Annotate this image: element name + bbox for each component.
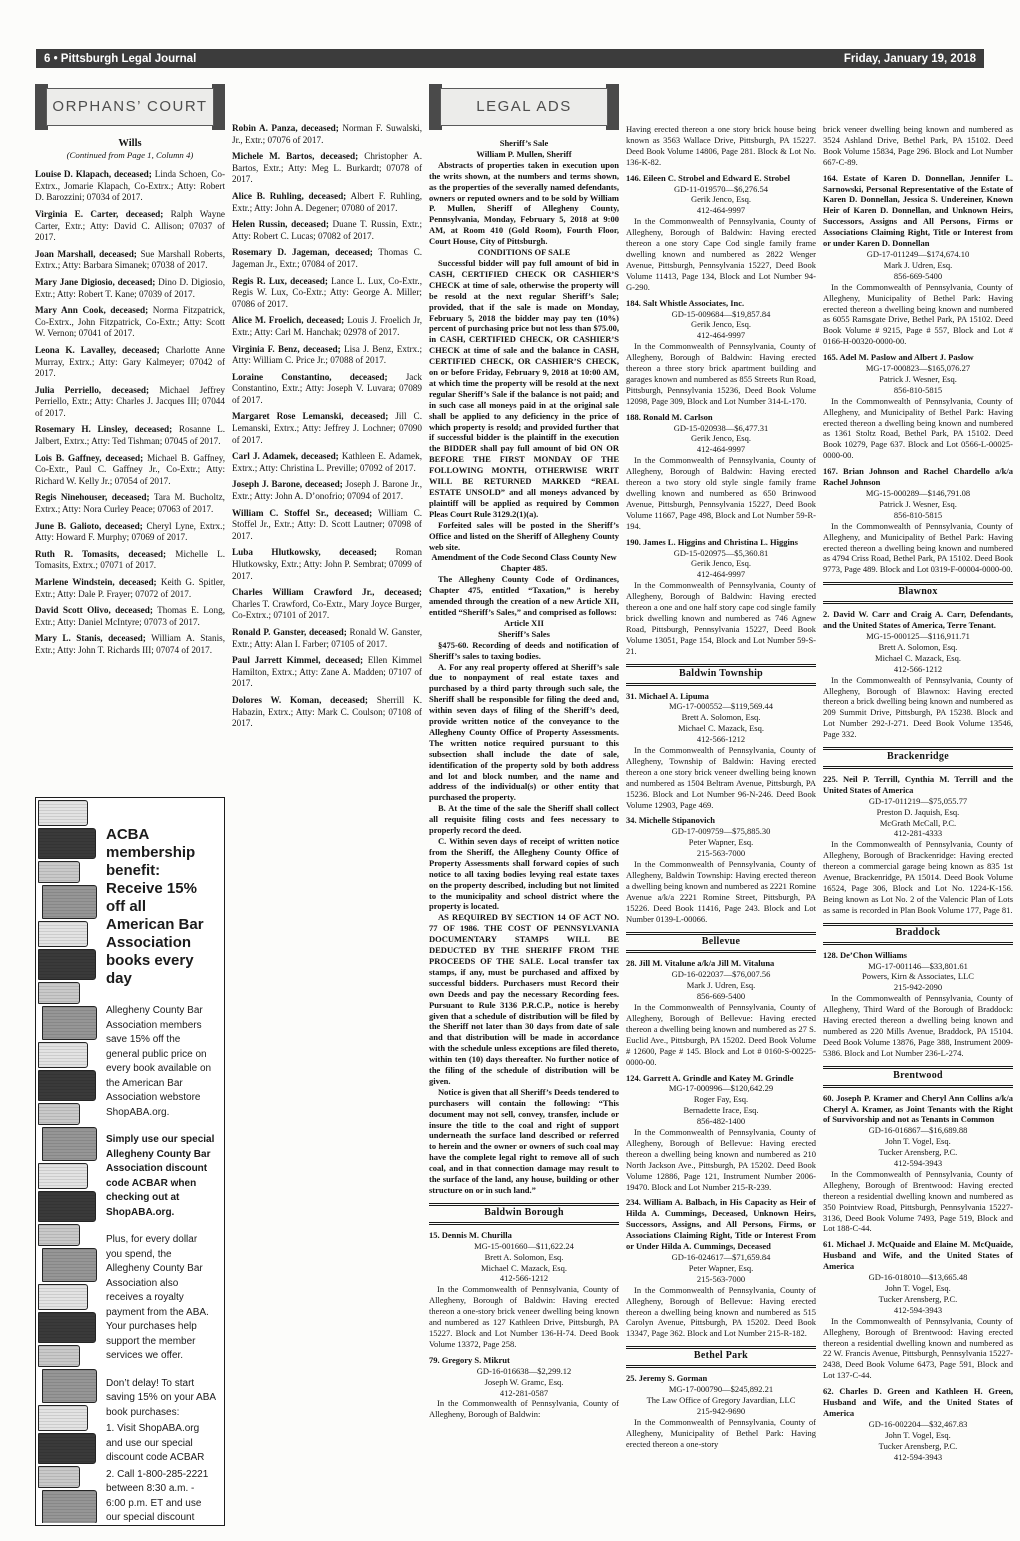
column-3: LEGAL ADS Sheriff’s Sale William P. Mull… <box>429 84 619 1420</box>
book <box>42 885 97 919</box>
book <box>38 1163 88 1189</box>
sale-item-line: MG-15-000289—$146,791.08 <box>823 488 1013 499</box>
sale-section: Bellevue 28. Jill M. Vitalune a/k/a Jill… <box>626 932 816 1340</box>
book <box>38 1466 80 1488</box>
book <box>38 1042 88 1068</box>
sale-item: 165. Adel M. Paslow and Albert J. Paslow… <box>823 352 1013 461</box>
section-title: Brackenridge <box>823 750 1013 766</box>
legal-ads-title: LEGAL ADS <box>440 88 608 126</box>
sale-item-line: 856-669-5400 <box>626 991 816 1002</box>
section-title: Baldwin Borough <box>429 1206 619 1222</box>
decedent-name: Alice B. Ruhling, deceased; <box>232 191 346 201</box>
will-entry: Louise D. Klapach, deceased; Linda Schoe… <box>35 169 225 204</box>
sale-item-line: 412-464-9997 <box>626 330 816 341</box>
sale-item-line: Roger Fay, Esq. <box>626 1094 816 1105</box>
sale-items-continued: 146. Eileen C. Strobel and Edward E. Str… <box>626 173 816 657</box>
ad-text-block: ACBA membership benefit: Receive 15% off… <box>106 812 216 1526</box>
sale-item-line: GD-16-022037—$76,007.56 <box>626 969 816 980</box>
sale-section: Blawnox 2. David W. Carr and Craig A. Ca… <box>823 582 1013 740</box>
sale-item-lines: GD-16-002204—$32,467.83John T. Vogel, Es… <box>823 1419 1013 1463</box>
sale-item-line: MG-17-000552—$119,569.44 <box>626 701 816 712</box>
sale-item-line: GD-17-011219—$75,055.77 <box>823 796 1013 807</box>
decedent-name: Joan Marshall, deceased; <box>35 249 137 259</box>
sale-item-lines: GD-16-022037—$76,007.56Mark J. Udren, Es… <box>626 969 816 1002</box>
sale-item-body: In the Commonwealth of Pennsylvania, Cou… <box>823 396 1013 461</box>
sale-item-title: 34. Michelle Stipanovich <box>626 815 816 826</box>
book <box>38 1312 96 1343</box>
will-entry: Rosemary D. Jageman, deceased; Thomas C.… <box>232 247 422 270</box>
sale-items: 128. De’Chon Williams MG-17-001146—$33,8… <box>823 950 1013 1059</box>
ad-headline: ACBA membership benefit: Receive 15% off… <box>106 826 216 988</box>
sale-item-line: 412-281-4333 <box>823 828 1013 839</box>
will-entry: Virginia E. Carter, deceased; Ralph Wayn… <box>35 209 225 244</box>
will-entry: Alice M. Froelich, deceased; Louis J. Fr… <box>232 315 422 338</box>
ad-step-1: 1. Visit ShopABA.org and use our special… <box>106 1422 216 1466</box>
sale-items: 15. Dennis M. Churilla MG-15-001660—$11,… <box>429 1230 619 1420</box>
decedent-name: Dolores W. Koman, deceased; <box>232 695 368 705</box>
notice-paragraph: §475-60. Recording of deeds and notifica… <box>429 640 619 662</box>
will-entry: Mary Ann Cook, deceased; Norma Fitzpatri… <box>35 305 225 340</box>
decedent-name: Regis R. Lux, deceased; <box>232 276 328 286</box>
sale-item-title: 79. Gregory S. Mikrut <box>429 1355 619 1366</box>
book <box>38 828 96 859</box>
sale-item-line: GD-16-016867—$16,689.88 <box>823 1125 1013 1136</box>
sale-item-line: 215-942-9690 <box>626 1406 816 1417</box>
will-entry-details: Charles T. Crawford, Co-Extr., Mary Joyc… <box>232 599 422 621</box>
will-entry: Michele M. Bartos, deceased; Christopher… <box>232 151 422 186</box>
double-rule <box>823 942 1013 945</box>
decedent-name: Julia Perriello, deceased; <box>35 385 149 395</box>
sale-item: 225. Neil P. Terrill, Cynthia M. Terrill… <box>823 774 1013 916</box>
sale-item-line: Brett A. Solomon, Esq. <box>429 1252 619 1263</box>
sale-section: Brackenridge 225. Neil P. Terrill, Cynth… <box>823 747 1013 916</box>
sale-item: 61. Michael J. McQuaide and Elaine M. Mc… <box>823 1239 1013 1381</box>
sale-item-body: In the Commonwealth of Pennsylvania, Cou… <box>626 745 816 810</box>
sale-item-line: John T. Vogel, Esq. <box>823 1136 1013 1147</box>
sale-item: 60. Joseph P. Kramer and Cheryl Ann Coll… <box>823 1093 1013 1235</box>
section-title: Baldwin Township <box>626 667 816 683</box>
sale-item-lines: GD-17-009759—$75,885.30Peter Wapner, Esq… <box>626 826 816 859</box>
decedent-name: Louise D. Klapach, deceased; <box>35 169 152 179</box>
sale-item: 28. Jill M. Vitalune a/k/a Jill M. Vital… <box>626 958 816 1067</box>
sheriff-sale-notice: Sheriff’s Sale William P. Mullen, Sherif… <box>429 138 619 1196</box>
book <box>38 982 80 1004</box>
sale-item-line: Patrick J. Wesner, Esq. <box>823 499 1013 510</box>
issue-date: Friday, January 19, 2018 <box>844 53 976 65</box>
decedent-name: Regis Ninehouser, deceased; <box>35 492 150 502</box>
ad-step-2: 2. Call 1-800-285-2221 between 8:30 a.m.… <box>106 1468 216 1527</box>
sale-item-body: In the Commonwealth of Pennsylvania, Cou… <box>626 859 816 924</box>
will-entry: Joan Marshall, deceased; Sue Marshall Ro… <box>35 249 225 272</box>
will-entry: Rosemary H. Linsley, deceased; Rosanne L… <box>35 424 225 447</box>
sale-item-title: 2. David W. Carr and Craig A. Carr, Defe… <box>823 609 1013 631</box>
sale-item-lines: GD-16-016867—$16,689.88John T. Vogel, Es… <box>823 1125 1013 1169</box>
notice-paragraph: Sheriff’s Sales <box>429 629 619 640</box>
ad-paragraph: Allegheny County Bar Association members… <box>106 1004 216 1120</box>
notice-paragraph: AS REQUIRED BY SECTION 14 OF ACT NO. 77 … <box>429 912 619 1087</box>
continued-body-text: Having erected thereon a one story brick… <box>626 124 816 168</box>
sale-item-body: In the Commonwealth of Pennsylvania, Cou… <box>823 675 1013 740</box>
sale-item-lines: GD-16-024617—$71,659.84Peter Wapner, Esq… <box>626 1252 816 1285</box>
notice-paragraph: Sheriff’s Sale <box>429 138 619 149</box>
sale-item-line: MG-17-000823—$165,076.27 <box>823 363 1013 374</box>
sale-item-body: In the Commonwealth of Pennsylvania, Cou… <box>626 455 816 531</box>
double-rule <box>626 683 816 686</box>
sale-item-body: In the Commonwealth of Pennsylvania, Cou… <box>429 1398 619 1420</box>
sale-item-lines: GD-16-018010—$13,665.48John T. Vogel, Es… <box>823 1272 1013 1316</box>
sale-item-line: Gerik Jenco, Esq. <box>626 433 816 444</box>
notice-paragraph: CONDITIONS OF SALE <box>429 247 619 258</box>
sale-item-lines: GD-16-016638—$2,299.12Joseph W. Gramc, E… <box>429 1366 619 1399</box>
notice-paragraph: Article XII <box>429 618 619 629</box>
page-number-and-title: 6 • Pittsburgh Legal Journal <box>44 53 196 65</box>
decedent-name: Alice M. Froelich, deceased; <box>232 315 344 325</box>
sale-item-title: 25. Jeremy S. Gorman <box>626 1373 816 1384</box>
book <box>38 1405 88 1431</box>
will-entry: Regis R. Lux, deceased; Lance L. Lux, Co… <box>232 276 422 311</box>
notice-paragraph: William P. Mullen, Sheriff <box>429 149 619 160</box>
sale-item-line: Michael C. Mazack, Esq. <box>626 723 816 734</box>
sale-item: 146. Eileen C. Strobel and Edward E. Str… <box>626 173 816 293</box>
double-rule <box>626 950 816 953</box>
wills-list-col2: Robin A. Panza, deceased; Norman F. Suwa… <box>232 123 422 730</box>
sale-item: 2. David W. Carr and Craig A. Carr, Defe… <box>823 609 1013 740</box>
sale-item-lines: MG-17-000996—$120,642.29Roger Fay, Esq.B… <box>626 1083 816 1127</box>
double-rule <box>823 601 1013 604</box>
double-rule <box>429 1222 619 1225</box>
sale-item-title: 15. Dennis M. Churilla <box>429 1230 619 1241</box>
book <box>38 1284 88 1310</box>
sale-item: 31. Michael A. Lipuma MG-17-000552—$119,… <box>626 691 816 811</box>
sale-sections-col3: Baldwin Borough 15. Dennis M. Churilla M… <box>429 1203 619 1420</box>
sale-item-title: 124. Garrett A. Grindle and Katey M. Gri… <box>626 1073 816 1084</box>
sale-item-line: 412-594-3943 <box>823 1305 1013 1316</box>
sale-item-lines: GD-11-019570—$6,276.54Gerik Jenco, Esq.4… <box>626 184 816 217</box>
sale-item-line: Tucker Arensberg, P.C. <box>823 1441 1013 1452</box>
newspaper-page: 6 • Pittsburgh Legal Journal Friday, Jan… <box>0 0 1020 1541</box>
notice-paragraph: The Allegheny County Code of Ordinances,… <box>429 574 619 618</box>
sale-item-line: 215-563-7000 <box>626 848 816 859</box>
sale-item: 167. Brian Johnson and Rachel Chardello … <box>823 466 1013 575</box>
notice-paragraph: Amendment of the Code Second Class Count… <box>429 552 619 574</box>
sale-item-line: GD-16-024617—$71,659.84 <box>626 1252 816 1263</box>
will-entry: Loraine Constantino, deceased; Jack Cons… <box>232 372 422 407</box>
sale-item-lines: GD-15-020938—$6,477.31Gerik Jenco, Esq.4… <box>626 423 816 456</box>
will-entry: Helen Russin, deceased; Duane T. Russin,… <box>232 219 422 242</box>
notice-paragraph: Successful bidder will pay full amount o… <box>429 258 619 520</box>
book <box>38 1070 96 1101</box>
sale-item-line: 412-566-1212 <box>626 734 816 745</box>
will-entry: Joseph J. Barone, deceased; Joseph J. Ba… <box>232 479 422 502</box>
sale-item-body: In the Commonwealth of Pennsylvania, Cou… <box>429 1284 619 1349</box>
book <box>42 1369 97 1403</box>
sale-item-line: GD-15-009684—$19,857.84 <box>626 309 816 320</box>
sale-item-title: 190. James L. Higgins and Christina L. H… <box>626 537 816 548</box>
decedent-name: Leona K. Lavalley, deceased; <box>35 345 160 355</box>
section-title: Bethel Park <box>626 1349 816 1365</box>
sale-item-line: 412-464-9997 <box>626 444 816 455</box>
sale-item-line: MG-17-001146—$33,801.61 <box>823 961 1013 972</box>
decedent-name: Rosemary D. Jageman, deceased; <box>232 247 373 257</box>
will-entry: Alice B. Ruhling, deceased; Albert F. Ru… <box>232 191 422 214</box>
section-title: Blawnox <box>823 585 1013 601</box>
book <box>38 1433 96 1464</box>
sale-item-line: 412-464-9997 <box>626 569 816 580</box>
will-entry: Carl J. Adamek, deceased; Kathleen E. Ad… <box>232 451 422 474</box>
sale-item-line: GD-11-019570—$6,276.54 <box>626 184 816 195</box>
sale-item-line: 215-563-7000 <box>626 1274 816 1285</box>
book <box>42 1490 97 1523</box>
sale-item-title: 184. Salt Whistle Associates, Inc. <box>626 298 816 309</box>
sale-item-line: 412-594-3943 <box>823 1158 1013 1169</box>
book <box>38 921 88 947</box>
double-rule <box>823 766 1013 769</box>
sale-item-title: 28. Jill M. Vitalune a/k/a Jill M. Vital… <box>626 958 816 969</box>
continued-body-text: brick veneer dwelling being known and nu… <box>823 124 1013 168</box>
notice-paragraph: C. Within seven days of receipt of writt… <box>429 836 619 912</box>
sale-item-line: Tucker Arensberg, P.C. <box>823 1147 1013 1158</box>
sale-items: 25. Jeremy S. Gorman MG-17-000790—$245,8… <box>626 1373 816 1449</box>
sale-item-lines: MG-17-000823—$165,076.27Patrick J. Wesne… <box>823 363 1013 396</box>
decedent-name: Mary L. Stanis, deceased; <box>35 633 146 643</box>
sale-item-body: In the Commonwealth of Pennsylvania, Cou… <box>823 839 1013 915</box>
sale-items: 60. Joseph P. Kramer and Cheryl Ann Coll… <box>823 1093 1013 1463</box>
book <box>38 949 96 980</box>
sale-item-title: 128. De’Chon Williams <box>823 950 1013 961</box>
notice-paragraph: Forfeited sales will be posted in the Sh… <box>429 520 619 553</box>
book <box>42 1127 97 1161</box>
sale-item-line: 412-566-1212 <box>429 1273 619 1284</box>
sale-item-line: GD-15-020938—$6,477.31 <box>626 423 816 434</box>
decedent-name: Lois B. Gaffney, deceased; <box>35 453 143 463</box>
book <box>38 861 80 883</box>
sale-item-body: In the Commonwealth of Pennsylvania, Cou… <box>626 216 816 292</box>
sale-section: Baldwin Township 31. Michael A. Lipuma M… <box>626 664 816 925</box>
book <box>42 1248 97 1282</box>
sale-item-title: 167. Brian Johnson and Rachel Chardello … <box>823 466 1013 488</box>
sale-item-lines: MG-15-001660—$11,622.24Brett A. Solomon,… <box>429 1241 619 1285</box>
decedent-name: William C. Stoffel Sr., deceased; <box>232 508 372 518</box>
sale-item-line: Gerik Jenco, Esq. <box>626 558 816 569</box>
double-rule <box>823 1085 1013 1088</box>
book <box>38 1224 80 1246</box>
decedent-name: Virginia E. Carter, deceased; <box>35 209 163 219</box>
book <box>38 1191 96 1222</box>
decedent-name: Ronald P. Ganster, deceased; <box>232 627 347 637</box>
sale-item-line: Joseph W. Gramc, Esq. <box>429 1377 619 1388</box>
sale-item-line: MG-15-000125—$116,911.71 <box>823 631 1013 642</box>
sale-item: 62. Charles D. Green and Kathleen H. Gre… <box>823 1386 1013 1462</box>
decedent-name: Carl J. Adamek, deceased; <box>232 451 339 461</box>
sale-items: 2. David W. Carr and Craig A. Carr, Defe… <box>823 609 1013 740</box>
book <box>42 1006 97 1040</box>
column-2: Robin A. Panza, deceased; Norman F. Suwa… <box>232 123 422 735</box>
acba-membership-ad: ACBA membership benefit: Receive 15% off… <box>35 797 225 1526</box>
sale-item-line: MG-17-000790—$245,892.21 <box>626 1384 816 1395</box>
sale-item-lines: MG-15-000125—$116,911.71Brett A. Solomon… <box>823 631 1013 675</box>
sale-item-body: In the Commonwealth of Pennsylvania, Cou… <box>626 1002 816 1067</box>
sale-item-line: Brett A. Solomon, Esq. <box>626 712 816 723</box>
sale-items: 31. Michael A. Lipuma MG-17-000552—$119,… <box>626 691 816 925</box>
sale-item-body: In the Commonwealth of Pennsylvania, Cou… <box>823 993 1013 1058</box>
sale-item-line: 856-482-1400 <box>626 1116 816 1127</box>
decedent-name: Margaret Rose Lemanski, deceased; <box>232 411 388 421</box>
sale-items: 28. Jill M. Vitalune a/k/a Jill M. Vital… <box>626 958 816 1339</box>
sale-item-line: Mark J. Udren, Esq. <box>823 260 1013 271</box>
will-entry: June B. Galioto, deceased; Cheryl Lyne, … <box>35 521 225 544</box>
sale-item-line: Michael C. Mazack, Esq. <box>429 1263 619 1274</box>
sale-item-lines: MG-17-000790—$245,892.21The Law Office o… <box>626 1384 816 1417</box>
will-entry: Robin A. Panza, deceased; Norman F. Suwa… <box>232 123 422 146</box>
sale-item-lines: GD-17-011219—$75,055.77Preston D. Jaquis… <box>823 796 1013 840</box>
will-entry: Mary Jane Digiosio, deceased; Dino D. Di… <box>35 277 225 300</box>
sale-item-lines: MG-17-001146—$33,801.61Powers, Kirn & As… <box>823 961 1013 994</box>
sale-item-title: 164. Estate of Karen D. Donnellan, Jenni… <box>823 173 1013 249</box>
ad-call-to-action: Don’t delay! To start saving 15% on your… <box>106 1377 216 1421</box>
decedent-name: Charles William Crawford Jr., deceased; <box>232 587 422 597</box>
sale-item-line: John T. Vogel, Esq. <box>823 1430 1013 1441</box>
sale-item-lines: GD-15-009684—$19,857.84Gerik Jenco, Esq.… <box>626 309 816 342</box>
sale-item-line: Michael C. Mazack, Esq. <box>823 653 1013 664</box>
sale-item-line: Peter Wapner, Esq. <box>626 837 816 848</box>
decedent-name: Paul Jarrett Kimmel, deceased; <box>232 655 363 665</box>
sale-item-line: 412-464-9997 <box>626 205 816 216</box>
sale-section: Baldwin Borough 15. Dennis M. Churilla M… <box>429 1203 619 1420</box>
decedent-name: Ruth R. Tomasits, deceased; <box>35 549 166 559</box>
sale-item-body: In the Commonwealth of Pennsylvania, Cou… <box>626 1285 816 1340</box>
sale-item-line: Peter Wapner, Esq. <box>626 1263 816 1274</box>
sale-item-line: GD-15-020975—$5,360.81 <box>626 548 816 559</box>
book <box>38 1345 80 1367</box>
will-entry: Julia Perriello, deceased; Michael Jeffr… <box>35 385 225 420</box>
sale-item-body: In the Commonwealth of Pennsylvania, Cou… <box>823 282 1013 347</box>
sale-item-line: Patrick J. Wesner, Esq. <box>823 374 1013 385</box>
sale-sections-col4: Baldwin Township 31. Michael A. Lipuma M… <box>626 664 816 1450</box>
sale-item-line: Gerik Jenco, Esq. <box>626 319 816 330</box>
sale-item-line: The Law Office of Gregory Javardian, LLC <box>626 1395 816 1406</box>
wills-heading: Wills <box>35 138 225 150</box>
sale-section: Bethel Park 25. Jeremy S. Gorman MG-17-0… <box>626 1346 816 1449</box>
book <box>38 1103 80 1125</box>
sale-item-line: Bernadette Irace, Esq. <box>626 1105 816 1116</box>
sale-item-title: 165. Adel M. Paslow and Albert J. Paslow <box>823 352 1013 363</box>
sale-item: 124. Garrett A. Grindle and Katey M. Gri… <box>626 1073 816 1193</box>
sale-item-body: In the Commonwealth of Pennsylvania, Cou… <box>823 1169 1013 1234</box>
will-entry: Virginia F. Benz, deceased; Lisa J. Benz… <box>232 344 422 367</box>
orphans-court-title: ORPHANS’ COURT <box>46 88 214 126</box>
sale-item: 188. Ronald M. Carlson GD-15-020938—$6,4… <box>626 412 816 532</box>
sale-item-line: Powers, Kirn & Associates, LLC <box>823 971 1013 982</box>
will-entry: Marlene Windstein, deceased; Keith G. Sp… <box>35 577 225 600</box>
sale-item-title: 31. Michael A. Lipuma <box>626 691 816 702</box>
decedent-name: Mary Jane Digiosio, deceased; <box>35 277 155 287</box>
sale-item-body: In the Commonwealth of Pennsylvania, Cou… <box>626 341 816 406</box>
sale-item: 128. De’Chon Williams MG-17-001146—$33,8… <box>823 950 1013 1059</box>
sale-item-body: In the Commonwealth of Pennsylvania, Cou… <box>626 580 816 656</box>
sale-item-line: MG-17-000996—$120,642.29 <box>626 1083 816 1094</box>
decedent-name: Virginia F. Benz, deceased; <box>232 344 341 354</box>
sale-item-line: MG-15-001660—$11,622.24 <box>429 1241 619 1252</box>
sale-item-lines: GD-15-020975—$5,360.81Gerik Jenco, Esq.4… <box>626 548 816 581</box>
will-entry: Regis Ninehouser, deceased; Tara M. Buch… <box>35 492 225 515</box>
ad-paragraph-discount-code: Simply use our special Allegheny County … <box>106 1133 216 1220</box>
sale-item-body: In the Commonwealth of Pennsylvania, Cou… <box>626 1127 816 1192</box>
decedent-name: June B. Galioto, deceased; <box>35 521 143 531</box>
legal-ads-banner: LEGAL ADS <box>429 84 619 130</box>
sale-item-title: 188. Ronald M. Carlson <box>626 412 816 423</box>
sale-item: 15. Dennis M. Churilla MG-15-001660—$11,… <box>429 1230 619 1350</box>
decedent-name: Loraine Constantino, deceased; <box>232 372 388 382</box>
notice-paragraph: A. For any real property offered at Sher… <box>429 662 619 804</box>
sale-item-line: Preston D. Jaquish, Esq. <box>823 807 1013 818</box>
double-rule <box>626 1365 816 1368</box>
sale-item-line: GD-16-002204—$32,467.83 <box>823 1419 1013 1430</box>
sale-item-body: In the Commonwealth of Pennsylvania, Cou… <box>823 521 1013 576</box>
section-title: Braddock <box>823 926 1013 942</box>
will-entry: Ronald P. Ganster, deceased; Ronald W. G… <box>232 627 422 650</box>
will-entry: Luba Hlutkowsky, deceased; Roman Hlutkow… <box>232 547 422 582</box>
sale-item-title: 225. Neil P. Terrill, Cynthia M. Terrill… <box>823 774 1013 796</box>
sale-item-line: GD-17-011249—$174,674.10 <box>823 249 1013 260</box>
will-entry: Dolores W. Koman, deceased; Sherrill K. … <box>232 695 422 730</box>
decedent-name: Robin A. Panza, deceased; <box>232 123 339 133</box>
sale-item: 190. James L. Higgins and Christina L. H… <box>626 537 816 657</box>
sale-item-title: 146. Eileen C. Strobel and Edward E. Str… <box>626 173 816 184</box>
sale-item: 34. Michelle Stipanovich GD-17-009759—$7… <box>626 815 816 924</box>
will-entry: Mary L. Stanis, deceased; William A. Sta… <box>35 633 225 656</box>
ad-paragraph-royalty: Plus, for every dollar you spend, the Al… <box>106 1233 216 1364</box>
wills-list-col1: Louise D. Klapach, deceased; Linda Schoe… <box>35 169 225 656</box>
sale-item-line: GD-16-016638—$2,299.12 <box>429 1366 619 1377</box>
sale-item-lines: MG-17-000552—$119,569.44Brett A. Solomon… <box>626 701 816 745</box>
sale-item-line: 856-810-5815 <box>823 510 1013 521</box>
sale-item-body: In the Commonwealth of Pennsylvania, Cou… <box>823 1316 1013 1381</box>
sale-item-line: 412-566-1212 <box>823 664 1013 675</box>
sale-item: 79. Gregory S. Mikrut GD-16-016638—$2,29… <box>429 1355 619 1420</box>
sale-item-lines: GD-17-011249—$174,674.10Mark J. Udren, E… <box>823 249 1013 282</box>
sale-item-line: 856-669-5400 <box>823 271 1013 282</box>
page-header-bar: 6 • Pittsburgh Legal Journal Friday, Jan… <box>36 49 984 68</box>
sale-items: 225. Neil P. Terrill, Cynthia M. Terrill… <box>823 774 1013 916</box>
sale-items-continued: 164. Estate of Karen D. Donnellan, Jenni… <box>823 173 1013 576</box>
sale-item: 184. Salt Whistle Associates, Inc. GD-15… <box>626 298 816 407</box>
sale-item-line: GD-17-009759—$75,885.30 <box>626 826 816 837</box>
sale-section: Braddock 128. De’Chon Williams MG-17-001… <box>823 923 1013 1059</box>
sale-item-line: 215-942-2090 <box>823 982 1013 993</box>
sale-item-line: GD-16-018010—$13,665.48 <box>823 1272 1013 1283</box>
decedent-name: Mary Ann Cook, deceased; <box>35 305 148 315</box>
sale-item: 234. William A. Balbach, in His Capacity… <box>626 1197 816 1339</box>
section-title: Bellevue <box>626 935 816 951</box>
will-entry: Margaret Rose Lemanski, deceased; Jill C… <box>232 411 422 446</box>
sale-item-line: Gerik Jenco, Esq. <box>626 194 816 205</box>
orphans-court-banner: ORPHANS’ COURT <box>35 84 225 130</box>
decedent-name: Joseph J. Barone, deceased; <box>232 479 343 489</box>
sale-item: 25. Jeremy S. Gorman MG-17-000790—$245,8… <box>626 1373 816 1449</box>
sale-item-title: 61. Michael J. McQuaide and Elaine M. Mc… <box>823 1239 1013 1272</box>
decedent-name: David Scott Olivo, deceased; <box>35 605 153 615</box>
book <box>38 800 88 826</box>
wills-continued-note: (Continued from Page 1, Column 4) <box>35 150 225 162</box>
decedent-name: Michele M. Bartos, deceased; <box>232 151 358 161</box>
sale-item-title: 62. Charles D. Green and Kathleen H. Gre… <box>823 1386 1013 1419</box>
will-entry: Charles William Crawford Jr., deceased; … <box>232 587 422 622</box>
sale-item-line: John T. Vogel, Esq. <box>823 1283 1013 1294</box>
column-1: ORPHANS’ COURT Wills (Continued from Pag… <box>35 84 225 662</box>
sale-sections-col5: Blawnox 2. David W. Carr and Craig A. Ca… <box>823 582 1013 1462</box>
sale-item-line: Mark J. Udren, Esq. <box>626 980 816 991</box>
will-entry: Leona K. Lavalley, deceased; Charlotte A… <box>35 345 225 380</box>
